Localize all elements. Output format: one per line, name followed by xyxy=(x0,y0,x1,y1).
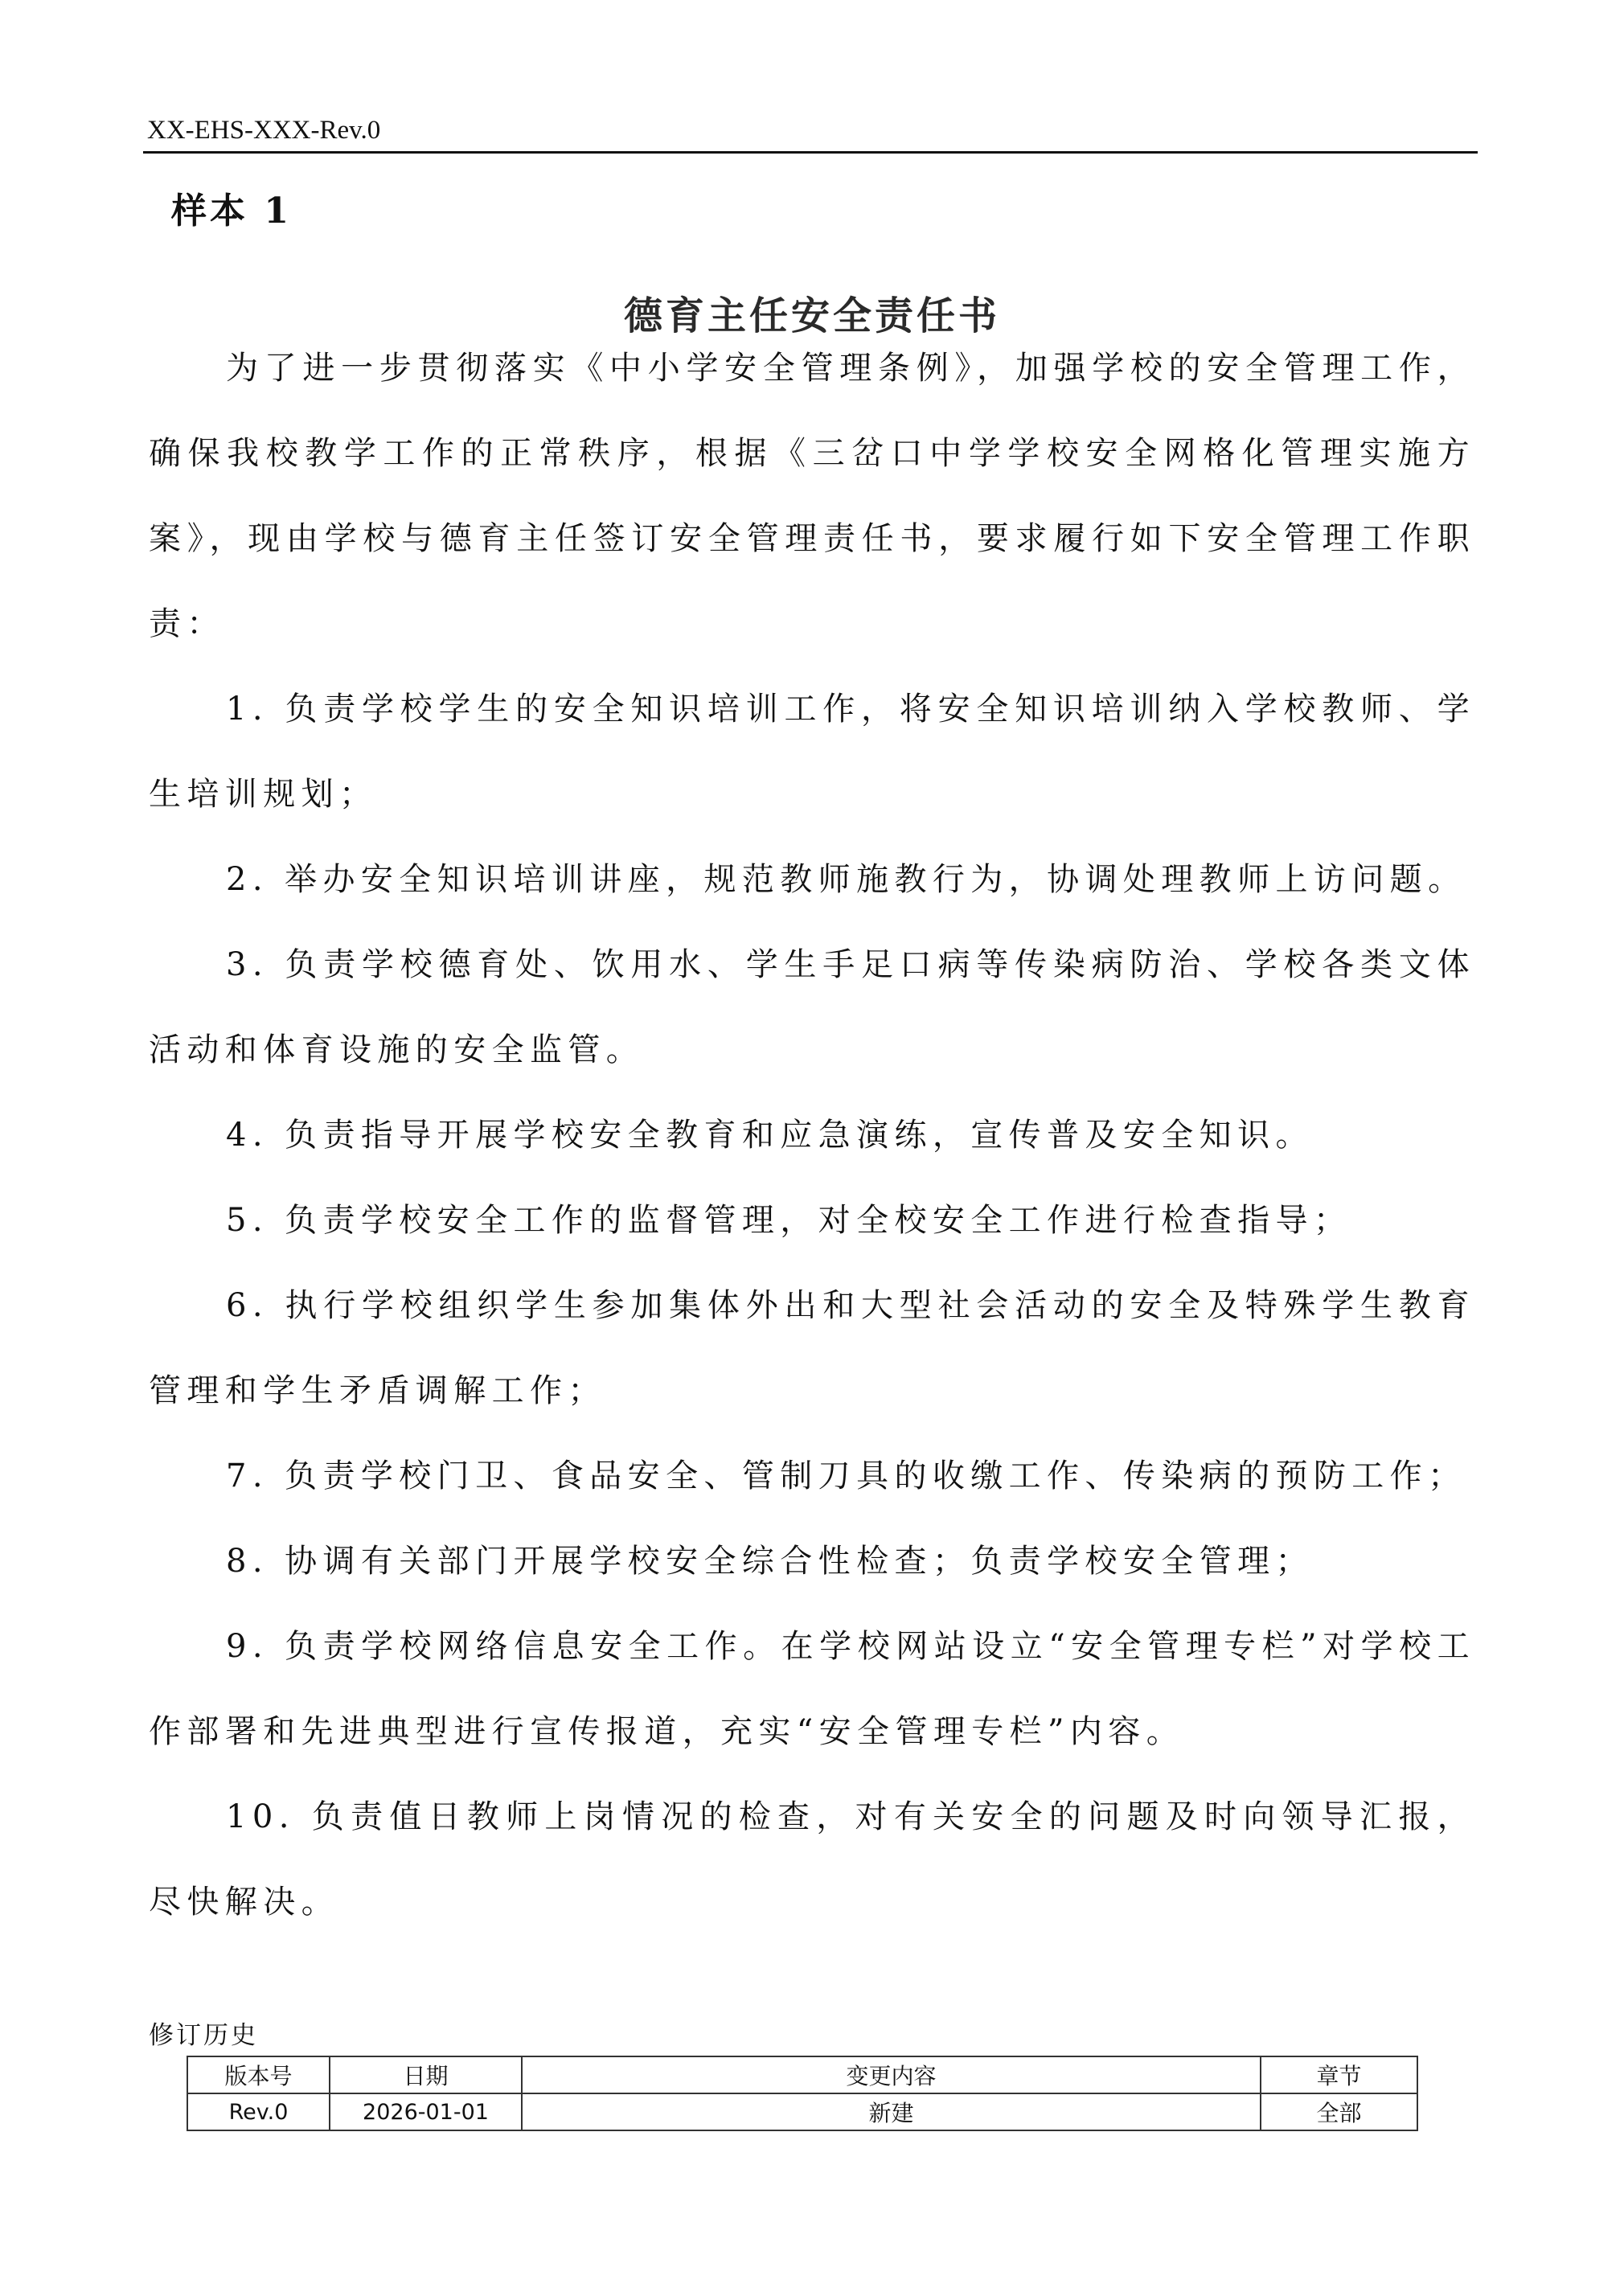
header-rule xyxy=(143,151,1478,154)
document-header-code: XX-EHS-XXX-Rev.0 xyxy=(147,116,380,146)
column-header-version: 版本号 xyxy=(187,2056,330,2093)
table-row: Rev.0 2026-01-01 新建 全部 xyxy=(187,2093,1417,2130)
responsibility-item-1: 1. 负责学校学生的安全知识培训工作，将安全知识培训纳入学校教师、学生培训规划； xyxy=(149,666,1475,837)
cell-changes: 新建 xyxy=(522,2093,1261,2130)
responsibility-item-10: 10. 负责值日教师上岗情况的检查，对有关安全的问题及时向领导汇报，尽快解决。 xyxy=(149,1774,1475,1945)
sample-label: 样本 1 xyxy=(171,182,292,233)
responsibility-item-6: 6. 执行学校组织学生参加集体外出和大型社会活动的安全及特殊学生教育管理和学生矛… xyxy=(149,1263,1475,1433)
column-header-changes: 变更内容 xyxy=(522,2056,1261,2093)
column-header-section: 章节 xyxy=(1261,2056,1417,2093)
revision-history-label: 修订历史 xyxy=(149,2015,258,2051)
cell-date: 2026-01-01 xyxy=(330,2093,522,2130)
responsibility-item-5: 5. 负责学校安全工作的监督管理，对全校安全工作进行检查指导； xyxy=(149,1178,1475,1263)
cell-version: Rev.0 xyxy=(187,2093,330,2130)
cell-section: 全部 xyxy=(1261,2093,1417,2130)
intro-paragraph: 为了进一步贯彻落实《中小学安全管理条例》，加强学校的安全管理工作，确保我校教学工… xyxy=(149,326,1475,666)
responsibility-item-9: 9. 负责学校网络信息安全工作。在学校网站设立“安全管理专栏”对学校工作部署和先… xyxy=(149,1604,1475,1774)
responsibility-item-3: 3. 负责学校德育处、饮用水、学生手足口病等传染病防治、学校各类文体活动和体育设… xyxy=(149,922,1475,1093)
responsibility-item-4: 4. 负责指导开展学校安全教育和应急演练，宣传普及安全知识。 xyxy=(149,1093,1475,1178)
table-header-row: 版本号 日期 变更内容 章节 xyxy=(187,2056,1417,2093)
responsibility-item-8: 8. 协调有关部门开展学校安全综合性检查；负责学校安全管理； xyxy=(149,1519,1475,1604)
responsibility-item-2: 2. 举办安全知识培训讲座，规范教师施教行为，协调处理教师上访问题。 xyxy=(149,837,1475,922)
revision-history-table: 版本号 日期 变更内容 章节 Rev.0 2026-01-01 新建 全部 xyxy=(187,2056,1418,2131)
responsibility-item-7: 7. 负责学校门卫、食品安全、管制刀具的收缴工作、传染病的预防工作； xyxy=(149,1433,1475,1519)
column-header-date: 日期 xyxy=(330,2056,522,2093)
document-body: 为了进一步贯彻落实《中小学安全管理条例》，加强学校的安全管理工作，确保我校教学工… xyxy=(149,326,1475,1945)
